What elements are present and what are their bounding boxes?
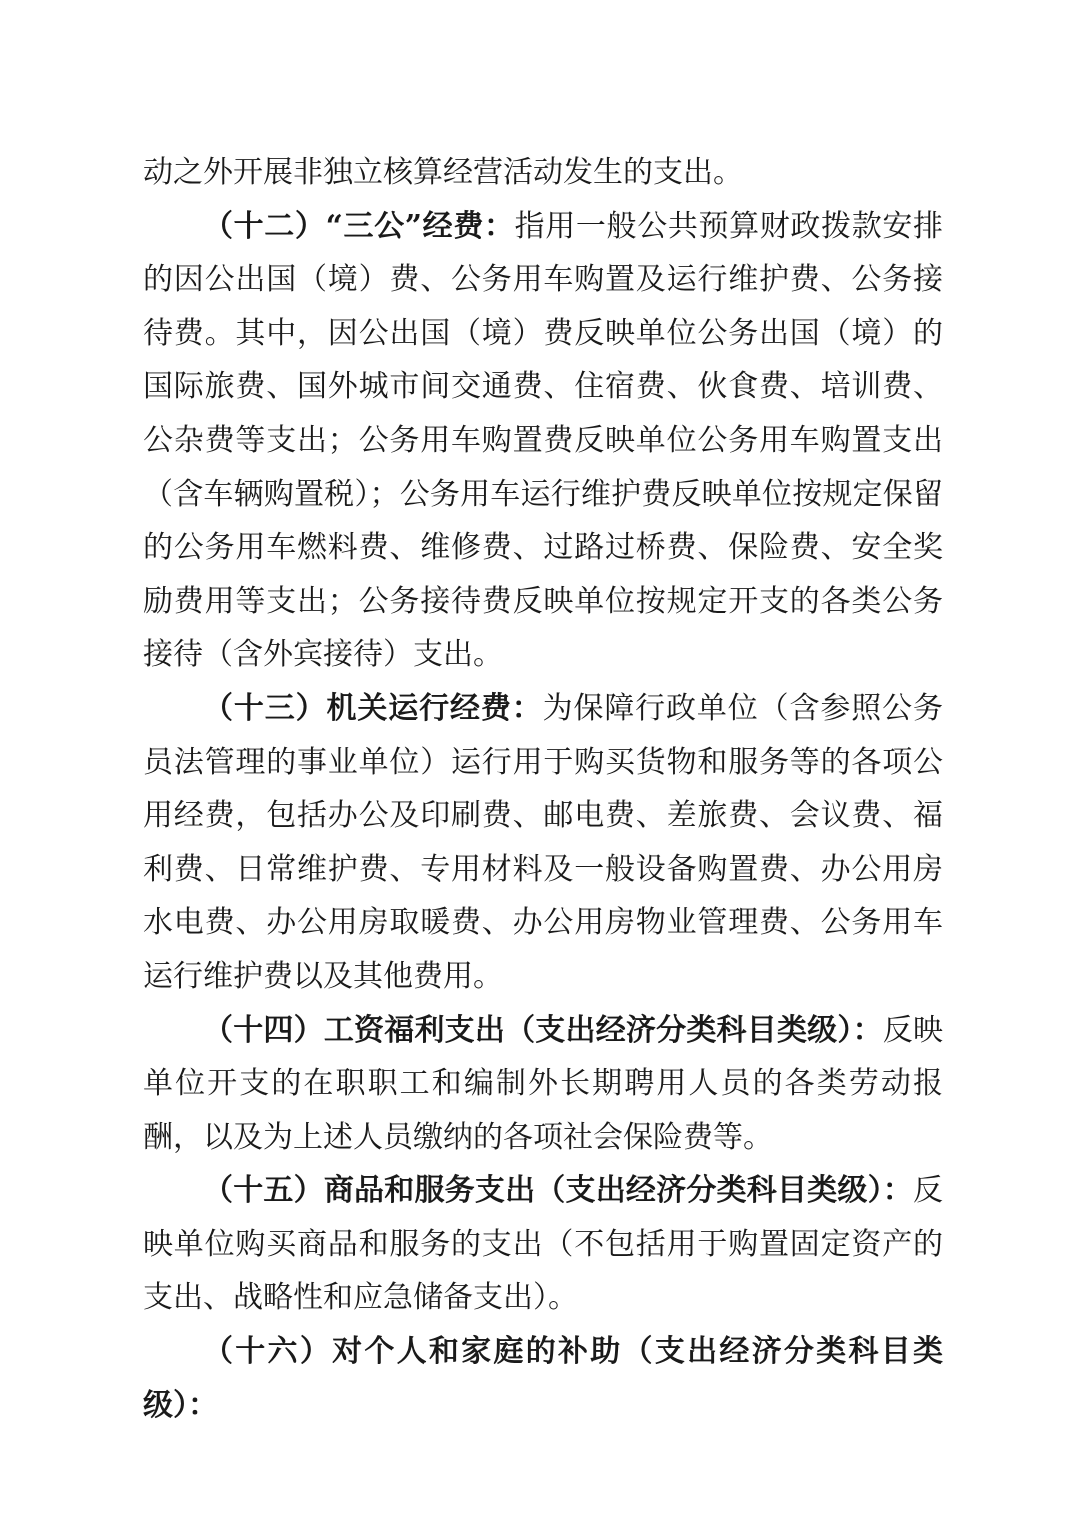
paragraph-lead: （十二）“三公”经费： (203, 209, 515, 244)
paragraph-continuation: 动之外开展非独立核算经营活动发生的支出。 (143, 146, 943, 200)
document-page: 动之外开展非独立核算经营活动发生的支出。 （十二）“三公”经费：指用一般公共预算… (0, 0, 1074, 1520)
paragraph-item-15: （十五）商品和服务支出（支出经济分类科目类级）：反映单位购买商品和服务的支出（不… (143, 1164, 943, 1325)
paragraph-text: 为保障行政单位（含参照公务员法管理的事业单位）运行用于购买货物和服务等的各项公用… (143, 691, 943, 994)
paragraph-text: 指用一般公共预算财政拨款安排的因公出国（境）费、公务用车购置及运行维护费、公务接… (143, 209, 943, 673)
paragraph-lead: （十六）对个人和家庭的补助（支出经济分类科目类级）： (143, 1334, 943, 1423)
paragraph-item-13: （十三）机关运行经费：为保障行政单位（含参照公务员法管理的事业单位）运行用于购买… (143, 682, 943, 1004)
paragraph-item-16: （十六）对个人和家庭的补助（支出经济分类科目类级）： (143, 1325, 943, 1432)
document-content: 动之外开展非独立核算经营活动发生的支出。 （十二）“三公”经费：指用一般公共预算… (143, 146, 943, 1432)
paragraph-item-12: （十二）“三公”经费：指用一般公共预算财政拨款安排的因公出国（境）费、公务用车购… (143, 200, 943, 682)
paragraph-item-14: （十四）工资福利支出（支出经济分类科目类级）：反映单位开支的在职职工和编制外长期… (143, 1004, 943, 1165)
paragraph-text: 动之外开展非独立核算经营活动发生的支出。 (143, 155, 743, 190)
paragraph-lead: （十三）机关运行经费： (203, 691, 543, 726)
paragraph-lead: （十四）工资福利支出（支出经济分类科目类级）： (203, 1013, 883, 1048)
paragraph-lead: （十五）商品和服务支出（支出经济分类科目类级）： (203, 1173, 913, 1208)
